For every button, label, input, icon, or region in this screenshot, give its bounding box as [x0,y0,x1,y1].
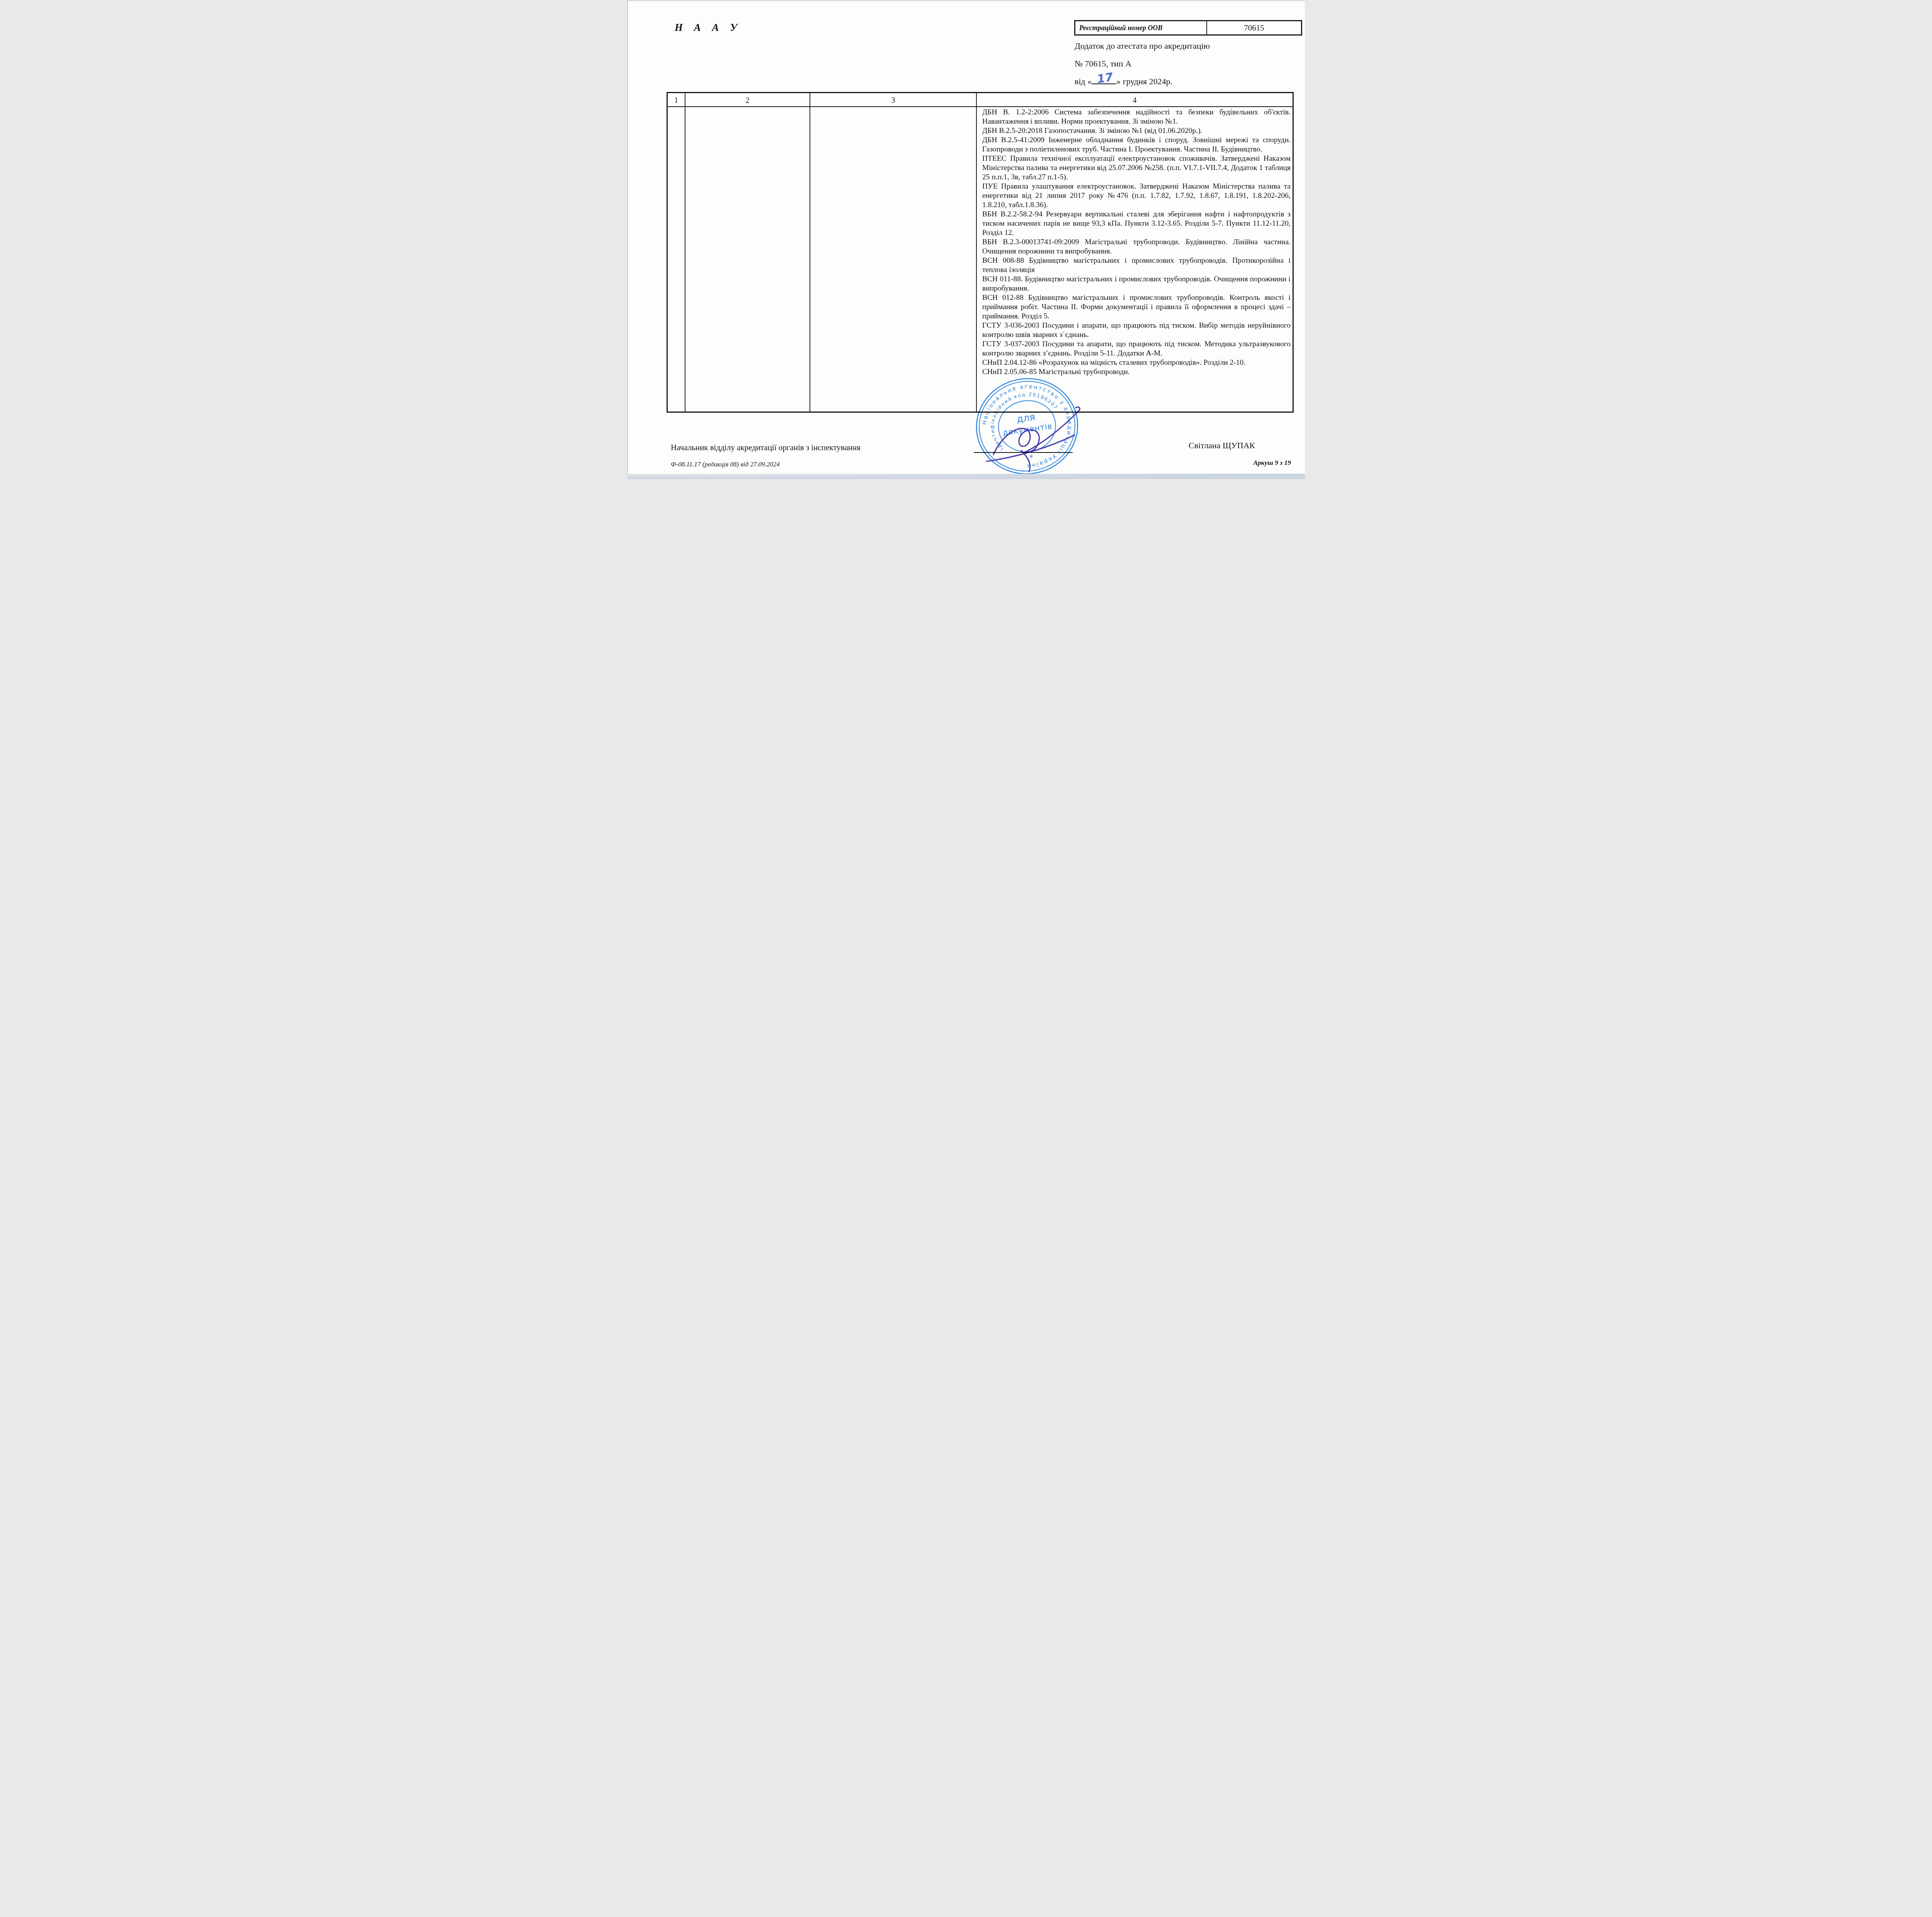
form-code: Ф-08.11.17 (редакція 08) від 27.09.2024 [671,461,780,468]
addendum-title-block: Додаток до атестата про акредитацію № 70… [1075,37,1291,90]
official-stamp-seal: Національне агентство з акредитації Укра… [963,370,1095,479]
table-header-col3: 3 [810,95,976,106]
standard-entry: ГСТУ 3-036-2003 Посудини і апарати, що п… [982,321,1291,340]
stamp-rotated-group: Національне агентство з акредитації Укра… [970,372,1084,479]
table-header-col2: 2 [685,95,810,106]
standard-entry: СНиП 2.04.12-86 «Розрахунок на міцність … [982,358,1291,367]
standard-entry: ВБН В.2.2-58.2-94 Резервуари вертикальні… [982,210,1291,238]
scan-top-edge-artifact [627,0,1305,1]
standards-table: 1 2 3 4 ДБН В. 1.2-2:2006 Система забезп… [667,92,1294,413]
scan-bottom-band-artifact [627,474,1305,479]
standard-entry: ДБН В.2.5-41:2009 Інженерне обладнання б… [982,136,1291,154]
signatory-name: Світлана ЩУПАК [1189,441,1255,451]
standard-entry: ГСТУ 3-037-2003 Посудини та апарати, що … [982,340,1291,358]
handwritten-day: 17 [1096,68,1114,88]
signatory-title: Начальник відділу акредитації органів з … [671,443,861,452]
standard-entry: ВСН 011-88. Будівництво магістральних і … [982,275,1291,293]
table-header-col4: 4 [977,95,1293,106]
table-col2-border [810,93,810,412]
document-page: Н А А У Реєстраційний номер ООВ 70615 До… [627,0,1305,479]
addendum-date-line: від «17» грудня 2024р. [1075,73,1291,90]
stamp-star-mark: * [1029,453,1034,463]
stamp-center-line2: документів [1002,421,1053,437]
table-col1-border [685,93,685,412]
registration-number-label: Реєстраційний номер ООВ [1075,21,1207,34]
table-col3-border [976,93,977,412]
standard-entry: ДБН В.2.5-20:2018 Газопостачання. Зі змі… [982,126,1291,136]
date-blank-field: 17 [1092,75,1116,84]
standard-entry: ВБН В.2.3-00013741-09:2009 Магістральні … [982,238,1291,256]
scan-left-edge-artifact [627,0,628,479]
date-prefix: від « [1075,77,1092,86]
registration-number-table: Реєстраційний номер ООВ 70615 [1074,20,1302,36]
naau-logo: Н А А У [675,22,742,34]
sheet-number: Аркуш 9 з 19 [1230,459,1291,467]
standard-entry: ДБН В. 1.2-2:2006 Система забезпечення н… [982,108,1291,126]
standard-entry: ВСН 012-88 Будівництво магістральних і п… [982,293,1291,321]
registration-number-value: 70615 [1207,21,1301,34]
stamp-center-line1: для [1016,411,1036,425]
table-header-separator [668,106,1293,107]
column4-standards-list: ДБН В. 1.2-2:2006 Система забезпечення н… [982,108,1291,377]
table-header-col1: 1 [668,95,685,106]
standard-entry: ПУЕ Правила улаштування електроустановок… [982,182,1291,210]
date-suffix: » грудня 2024р. [1116,77,1172,86]
addendum-title-line1: Додаток до атестата про акредитацію [1075,37,1291,55]
standard-entry: ПТЕЕС Правила технічної експлуатації еле… [982,154,1291,182]
standard-entry: ВСН 008-88 Будівництво магістральних і п… [982,256,1291,275]
